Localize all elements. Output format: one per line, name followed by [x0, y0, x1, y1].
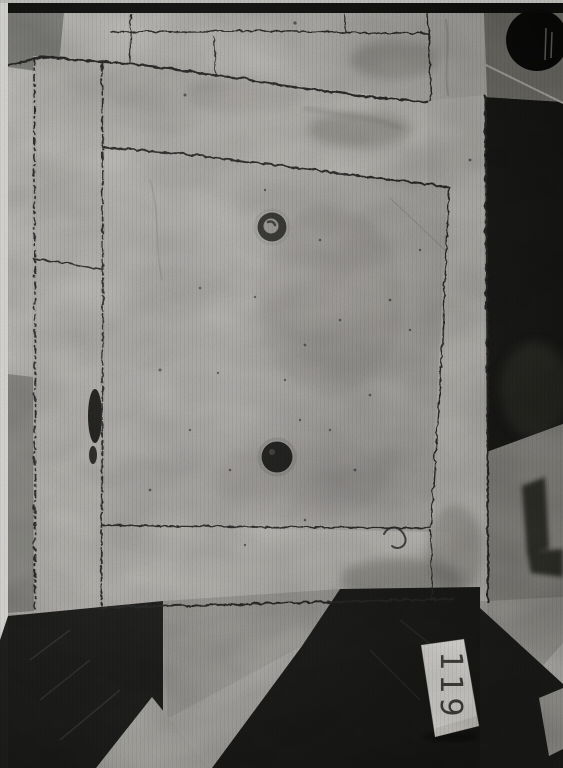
photo-texture-overlays — [0, 0, 563, 768]
photo: 119 — [0, 0, 563, 768]
photo-canvas: 119 — [0, 0, 563, 768]
